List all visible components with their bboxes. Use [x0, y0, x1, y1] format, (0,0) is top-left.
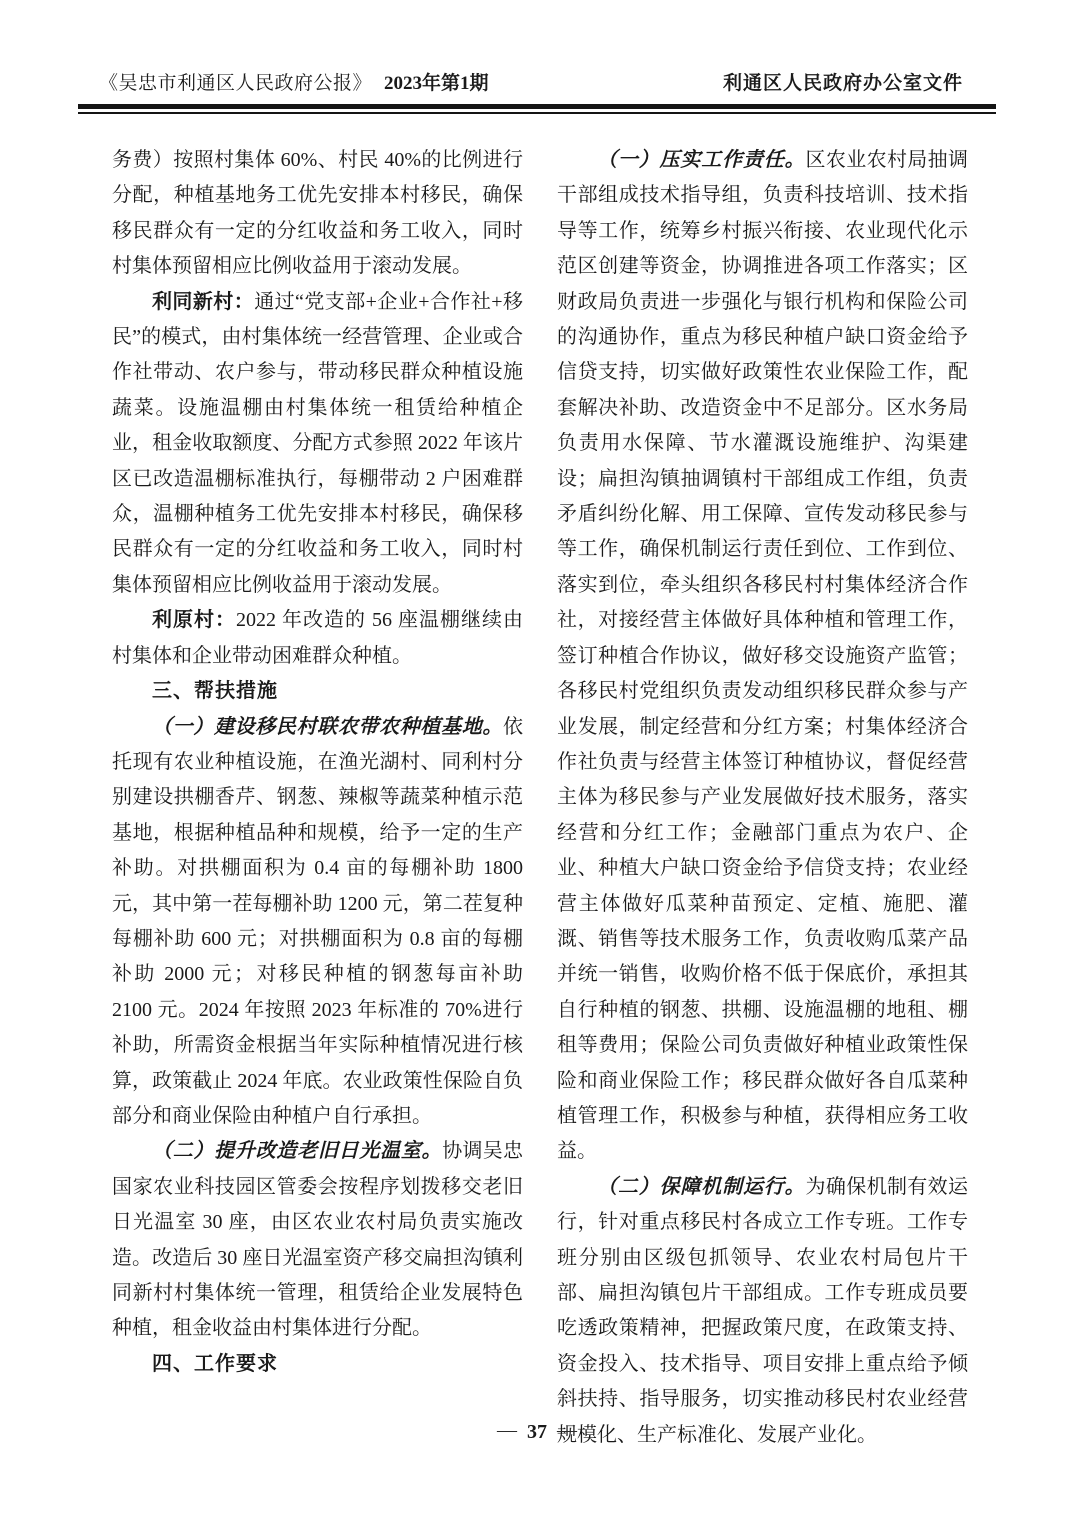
- page-footer: —37—: [0, 1418, 1074, 1446]
- paragraph-work-responsibility: （一）压实工作责任。区农业农村局抽调干部组成技术指导组，负责科技培训、技术指导等…: [557, 143, 968, 1170]
- item-lead-planting-base: （一）建设移民村联农带农种植基地。: [152, 716, 503, 738]
- paragraph-litongxin-village: 利同新村：通过“党支部+企业+合作社+移民”的模式，由村集体统一经营管理、企业或…: [112, 285, 523, 604]
- paragraph-text: 为确保机制有效运行，针对重点移民村各成立工作专班。工作专班分别由区级包抓领导、农…: [557, 1176, 968, 1446]
- gazette-page: 《吴忠市利通区人民政府公报》2023年第1期 利通区人民政府办公室文件 务费）按…: [0, 0, 1074, 1520]
- rule-thin: [78, 112, 996, 114]
- section-heading-work-requirements: 四、工作要求: [112, 1347, 523, 1382]
- left-column: 务费）按照村集体 60%、村民 40%的比例进行分配，种植基地务工优先安排本村移…: [112, 143, 523, 1453]
- office-file-label: 利通区人民政府办公室文件: [723, 72, 963, 96]
- paragraph-planting-base: （一）建设移民村联农带农种植基地。依托现有农业种植设施，在渔光湖村、同利村分别建…: [112, 710, 523, 1135]
- paragraph-liyuan-village: 利原村：2022 年改造的 56 座温棚继续由村集体和企业带动困难群众种植。: [112, 603, 523, 674]
- paragraph-greenhouse-upgrade: （二）提升改造老旧日光温室。协调吴忠国家农业科技园区管委会按程序划拨移交老旧日光…: [112, 1134, 523, 1346]
- village-lead-litongxin: 利同新村：: [152, 291, 254, 313]
- page-number: 37: [527, 1421, 547, 1443]
- document-body: 务费）按照村集体 60%、村民 40%的比例进行分配，种植基地务工优先安排本村移…: [112, 143, 968, 1453]
- rule-thick: [78, 104, 996, 109]
- paragraph-distribution-continued: 务费）按照村集体 60%、村民 40%的比例进行分配，种植基地务工优先安排本村移…: [112, 143, 523, 285]
- item-lead-mechanism-guarantee: （二）保障机制运行。: [597, 1176, 806, 1198]
- header-double-rule: [78, 104, 996, 114]
- paragraph-text: 通过“党支部+企业+合作社+移民”的模式，由村集体统一经营管理、企业或合作社带动…: [112, 291, 523, 596]
- paragraph-text: 协调吴忠国家农业科技园区管委会按程序划拨移交老旧日光温室 30 座，由区农业农村…: [112, 1140, 523, 1339]
- footer-dash-right: —: [547, 1419, 587, 1441]
- village-lead-liyuan: 利原村：: [152, 609, 236, 631]
- issue-number: 2023年第1期: [384, 73, 489, 94]
- paragraph-text: 依托现有农业种植设施，在渔光湖村、同利村分别建设拱棚香芹、钢葱、辣椒等蔬菜种植示…: [112, 716, 523, 1127]
- running-header: 《吴忠市利通区人民政府公报》2023年第1期 利通区人民政府办公室文件: [99, 72, 963, 96]
- paragraph-text: 区农业农村局抽调干部组成技术指导组，负责科技培训、技术指导等工作，统筹乡村振兴衔…: [557, 149, 968, 1162]
- item-lead-work-responsibility: （一）压实工作责任。: [597, 149, 806, 171]
- right-column: （一）压实工作责任。区农业农村局抽调干部组成技术指导组，负责科技培训、技术指导等…: [557, 143, 968, 1453]
- section-heading-support-measures: 三、帮扶措施: [112, 674, 523, 709]
- footer-dash-left: —: [487, 1419, 527, 1441]
- gazette-title: 《吴忠市利通区人民政府公报》: [99, 73, 372, 94]
- item-lead-greenhouse-upgrade: （二）提升改造老旧日光温室。: [152, 1140, 442, 1162]
- paragraph-mechanism-guarantee: （二）保障机制运行。为确保机制有效运行，针对重点移民村各成立工作专班。工作专班分…: [557, 1170, 968, 1453]
- header-left: 《吴忠市利通区人民政府公报》2023年第1期: [99, 72, 489, 96]
